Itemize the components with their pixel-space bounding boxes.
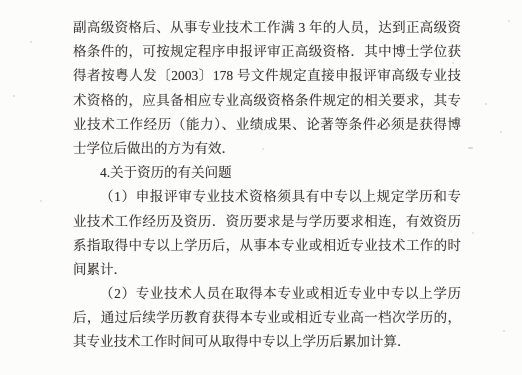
scan-speckle — [472, 232, 474, 234]
document-line: 格条件的，可按规定程序申报评审正高级资格．其中博士学位获 — [73, 40, 461, 64]
scan-speckle — [503, 330, 505, 332]
document-page: 副高级资格后、从事专业技术工作满 3 年的人员，达到正高级资 格条件的，可按规定… — [0, 0, 522, 375]
document-line: 间累计． — [73, 258, 461, 282]
scan-speckle — [468, 147, 473, 149]
document-text: 副高级资格后、从事专业技术工作满 3 年的人员，达到正高级资 格条件的，可按规定… — [73, 16, 461, 355]
document-line: 士学位后做出的方为有效． — [73, 137, 461, 161]
document-line: 系指取得中专以上学历后，从事本专业或相近专业技术工作的时 — [73, 234, 461, 258]
document-line: 副高级资格后、从事专业技术工作满 3 年的人员，达到正高级资 — [73, 16, 461, 40]
scan-speckle — [508, 20, 510, 22]
scan-speckle — [40, 200, 42, 202]
document-line: （1）申报评审专业技术资格须具有中专以上规定学历和专 — [73, 185, 461, 209]
scan-speckle — [452, 62, 454, 64]
document-line: 业技术工作经历及资历．资历要求是与学历要求相连，有效资历 — [73, 210, 461, 234]
document-line: （2）专业技术人员在取得本专业或相近专业中专以上学历 — [73, 282, 461, 306]
scan-speckle — [262, 148, 264, 150]
scan-speckle — [30, 41, 32, 43]
scan-speckle — [13, 95, 15, 97]
scan-speckle — [500, 131, 502, 133]
document-line: 后，通过后续学历教育获得本专业或相近专业高一档次学历的， — [73, 306, 461, 330]
document-line: 得者按粤人发〔2003〕178 号文件规定直接申报评审高级专业技 — [73, 64, 461, 88]
document-line: 业技术工作经历（能力）、业绩成果、论著等条件必须是获得博 — [73, 113, 461, 137]
document-line: 其专业技术工作时间可从取得中专以上学历后累加计算． — [73, 330, 461, 354]
document-line section-heading: 4.关于资历的有关问题 — [73, 161, 461, 185]
scan-speckle — [485, 103, 487, 105]
scan-speckle — [95, 49, 97, 51]
document-line: 术资格的，应具备相应专业高级资格条件规定的相关要求，其专 — [73, 89, 461, 113]
